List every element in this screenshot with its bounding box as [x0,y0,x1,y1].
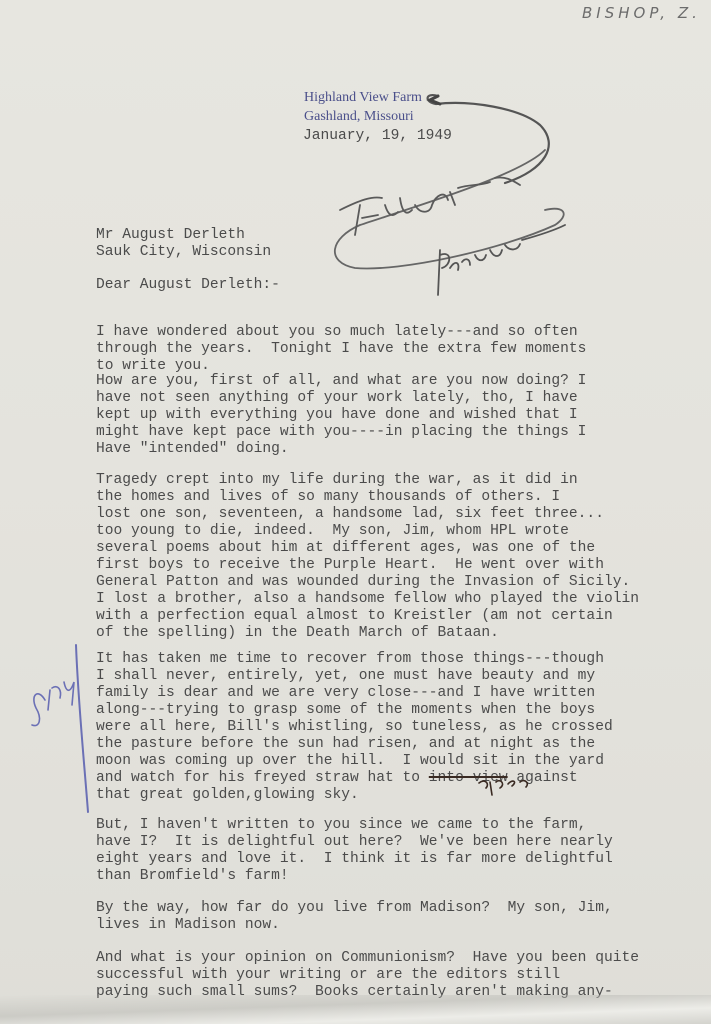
letter-page: BISHOP, Z. Highland View Farm Gashland, … [0,0,711,1024]
text-line: General Patton and was wounded during th… [96,574,639,591]
pencil-oval [335,150,564,268]
text-line: through the years. Tonight I have the ex… [96,341,586,358]
text-line: than Bromfield's farm! [96,868,613,885]
text-line: several poems about him at different age… [96,540,639,557]
paragraph-7: And what is your opinion on Communionism… [96,950,639,1001]
text-line: the homes and lives of so many thousands… [96,489,639,506]
text-line: I lost a brother, also a handsome fellow… [96,591,639,608]
paper-fold-shadow [0,995,711,1024]
text-line: How are you, first of all, and what are … [96,373,586,390]
text-line: kept up with everything you have done an… [96,407,586,424]
recipient-address: Mr August DerlethSauk City, Wisconsin [96,227,271,261]
text-line: have I? It is delightful out here? We've… [96,834,613,851]
paragraph-1: I have wondered about you so much lately… [96,307,586,375]
paragraph-2: How are you, first of all, and what are … [96,373,586,458]
struck-text: into view [429,770,508,786]
text-line: I have wondered about you so much lately… [96,324,586,341]
text-line: And what is your opinion on Communionism… [96,950,639,967]
letterhead-farm-name: Highland View Farm [304,88,422,107]
paragraph-3: Tragedy crept into my life during the wa… [96,472,639,642]
margin-line [76,645,88,812]
text-line: successful with your writing or are the … [96,967,639,984]
paragraph-4: It has taken me time to recover from tho… [96,651,613,804]
text-line: eight years and love it. I think it is f… [96,851,613,868]
text-line: with a perfection equal almost to Kreist… [96,608,639,625]
text-line: I shall never, entirely, yet, one must h… [96,668,613,685]
recipient-name: Mr August Derleth [96,227,271,244]
text-line: lost one son, seventeen, a handsome lad,… [96,506,639,523]
text-line: the pasture before the sun had risen, an… [96,736,613,753]
text-line: By the way, how far do you live from Mad… [96,900,613,917]
text-line: were all here, Bill's whistling, so tune… [96,719,613,736]
text-line: that great golden,glowing sky. [96,787,613,804]
text-line: But, I haven't written to you since we c… [96,817,613,834]
salutation: Dear August Derleth:- [96,277,280,294]
recipient-city: Sauk City, Wisconsin [96,244,271,261]
text-line: lives in Madison now. [96,917,613,934]
margin-note-story [32,682,74,726]
text-line: Tragedy crept into my life during the wa… [96,472,639,489]
text-line: Have "intended" doing. [96,441,586,458]
paragraph-6: By the way, how far do you live from Mad… [96,900,613,934]
text-line: of the spelling) in the Death March of B… [96,625,639,642]
text-line: first boys to receive the Purple Heart. … [96,557,639,574]
archive-label: BISHOP, Z. [582,4,701,22]
text-line: have not seen anything of your work late… [96,390,586,407]
text-line: along---trying to grasp some of the mome… [96,702,613,719]
text-fragment: and watch for his freyed straw hat to [96,770,429,786]
text-line-with-correction: and watch for his freyed straw hat to in… [96,770,613,787]
text-line: family is dear and we are very close---a… [96,685,613,702]
letterhead-location: Gashland, Missouri [304,107,422,126]
paragraph-5: But, I haven't written to you since we c… [96,817,613,885]
text-line: might have kept pace with you----in plac… [96,424,586,441]
text-line: too young to die, indeed. My son, Jim, w… [96,523,639,540]
text-line: moon was coming up over the hill. I woul… [96,753,613,770]
text-line: It has taken me time to recover from tho… [96,651,613,668]
letter-date: January, 19, 1949 [303,128,452,145]
letterhead: Highland View Farm Gashland, Missouri [304,88,422,126]
text-fragment: against [508,770,578,786]
